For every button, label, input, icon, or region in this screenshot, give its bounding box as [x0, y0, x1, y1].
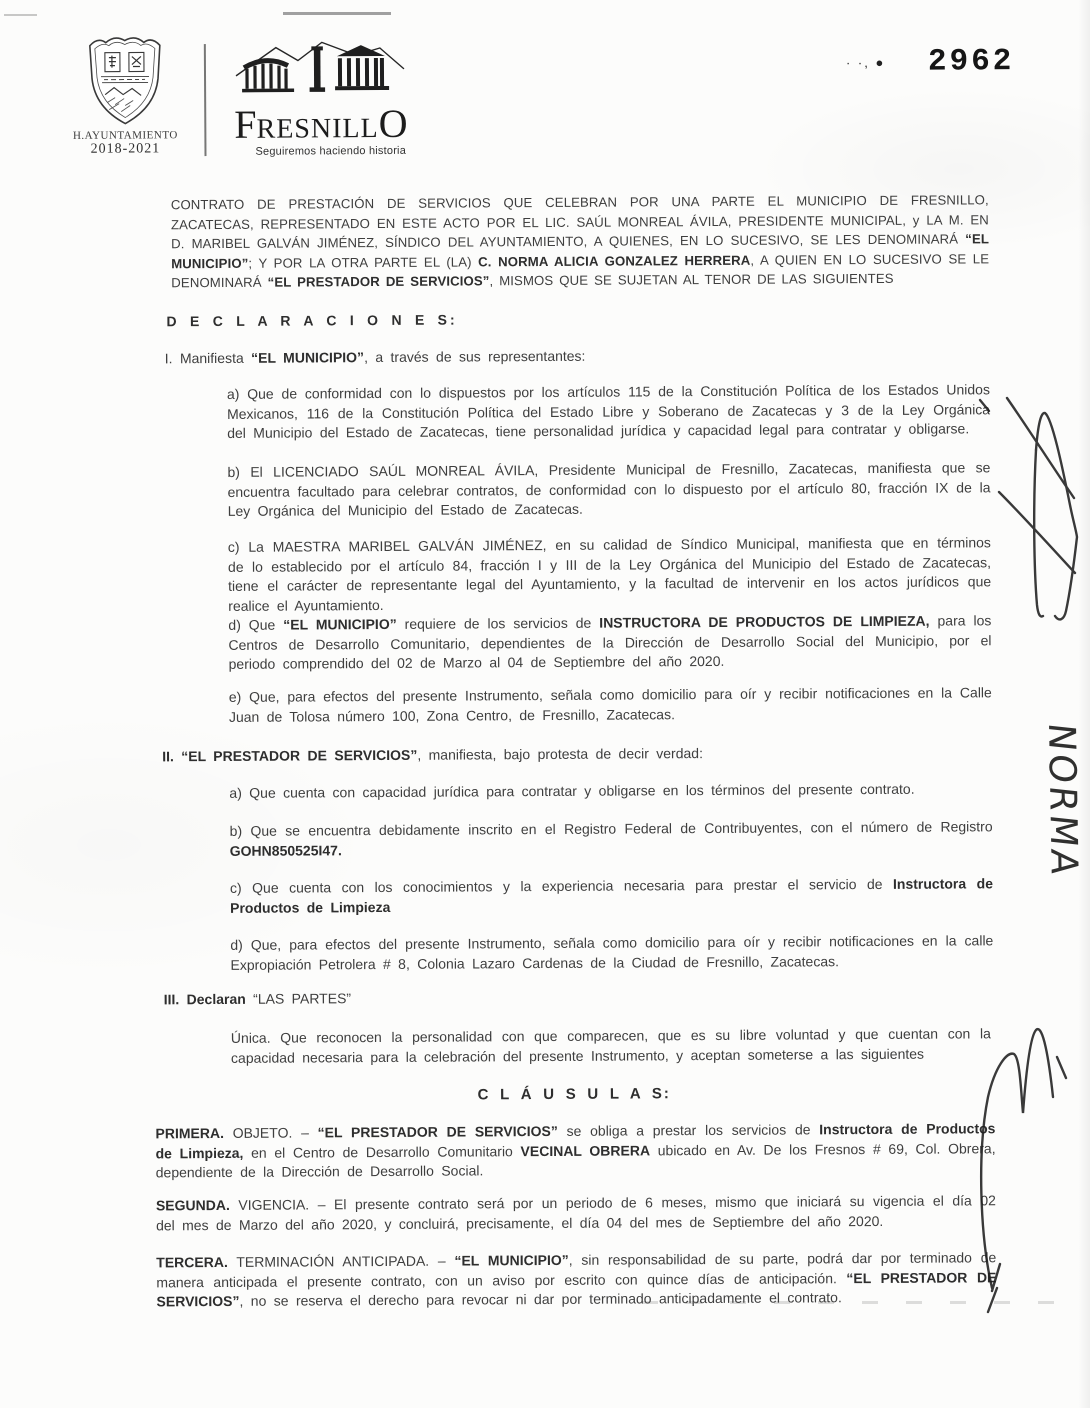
declaration-iii-heading: III. Declaran “LAS PARTES” — [164, 985, 992, 1010]
declaration-ii-item-a: a) Que cuenta con capacidad jurídica par… — [229, 779, 992, 803]
contract-intro-paragraph: CONTRATO DE PRESTACIÓN DE SERVICIOS QUE … — [171, 190, 990, 292]
declaration-i-item-d: d) Que “EL MUNICIPIO” requiere de los se… — [228, 611, 991, 674]
declaration-ii-item-d: d) Que, para efectos del presente Instru… — [230, 931, 993, 975]
clausulas-heading: C L Á U S U L A S: — [155, 1082, 993, 1107]
fresnillo-logo: FRESNILLO Seguiremos haciendo historia — [234, 36, 465, 157]
stamp-marks: · ·, ● — [846, 55, 885, 70]
declaration-ii-heading: II. “EL PRESTADOR DE SERVICIOS”, manifie… — [162, 742, 990, 767]
declaration-iii-unica: Única. Que reconocen la personalidad con… — [231, 1024, 991, 1068]
declaration-i-item-c: c) La MAESTRA MARIBEL GALVÁN JIMÉNEZ, en… — [228, 533, 991, 616]
declaration-i-item-b: b) El LICENCIADO SAÚL MONREAL ÁVILA, Pre… — [227, 458, 990, 521]
clause-tercera: TERCERA. TERMINACIÓN ANTICIPADA. – “EL M… — [156, 1248, 996, 1312]
municipal-seal-icon — [83, 30, 168, 127]
municipal-seal: H.AYUNTAMIENTO 2018-2021 — [65, 30, 186, 158]
declaration-i-item-e: e) Que, para efectos del presente Instru… — [229, 683, 992, 727]
header-divider — [204, 44, 206, 156]
clause-primera: PRIMERA. OBJETO. – “EL PRESTADOR DE SERV… — [155, 1119, 995, 1183]
brand-tagline: Seguiremos haciendo historia — [255, 144, 464, 157]
declaration-i-heading: I. Manifiesta “EL MUNICIPIO”, a través d… — [165, 344, 985, 369]
scanned-contract-page: H.AYUNTAMIENTO 2018-2021 FRESNILLO Segui… — [0, 0, 1090, 1408]
page-number-stamp: 2962 — [928, 44, 1015, 80]
monument-icon — [234, 37, 406, 98]
declaraciones-heading: D E C L A R A C I O N E S: — [166, 311, 457, 332]
seal-caption: H.AYUNTAMIENTO — [65, 129, 185, 142]
brand-wordmark: FRESNILLO — [234, 103, 464, 144]
brand-letter-o: O — [379, 101, 408, 146]
declaration-ii-item-b: b) Que se encuentra debidamente inscrito… — [230, 817, 993, 861]
declaration-ii-item-c: c) Que cuenta con los conocimientos y la… — [230, 874, 993, 918]
clause-segunda: SEGUNDA. VIGENCIA. – El presente contrat… — [156, 1191, 996, 1235]
brand-letters-mid: RESNILL — [256, 113, 378, 145]
brand-letter-f: F — [234, 102, 257, 147]
seal-years: 2018-2021 — [65, 141, 185, 158]
declaration-i-item-a: a) Que de conformidad con lo dispuestos … — [227, 380, 990, 443]
